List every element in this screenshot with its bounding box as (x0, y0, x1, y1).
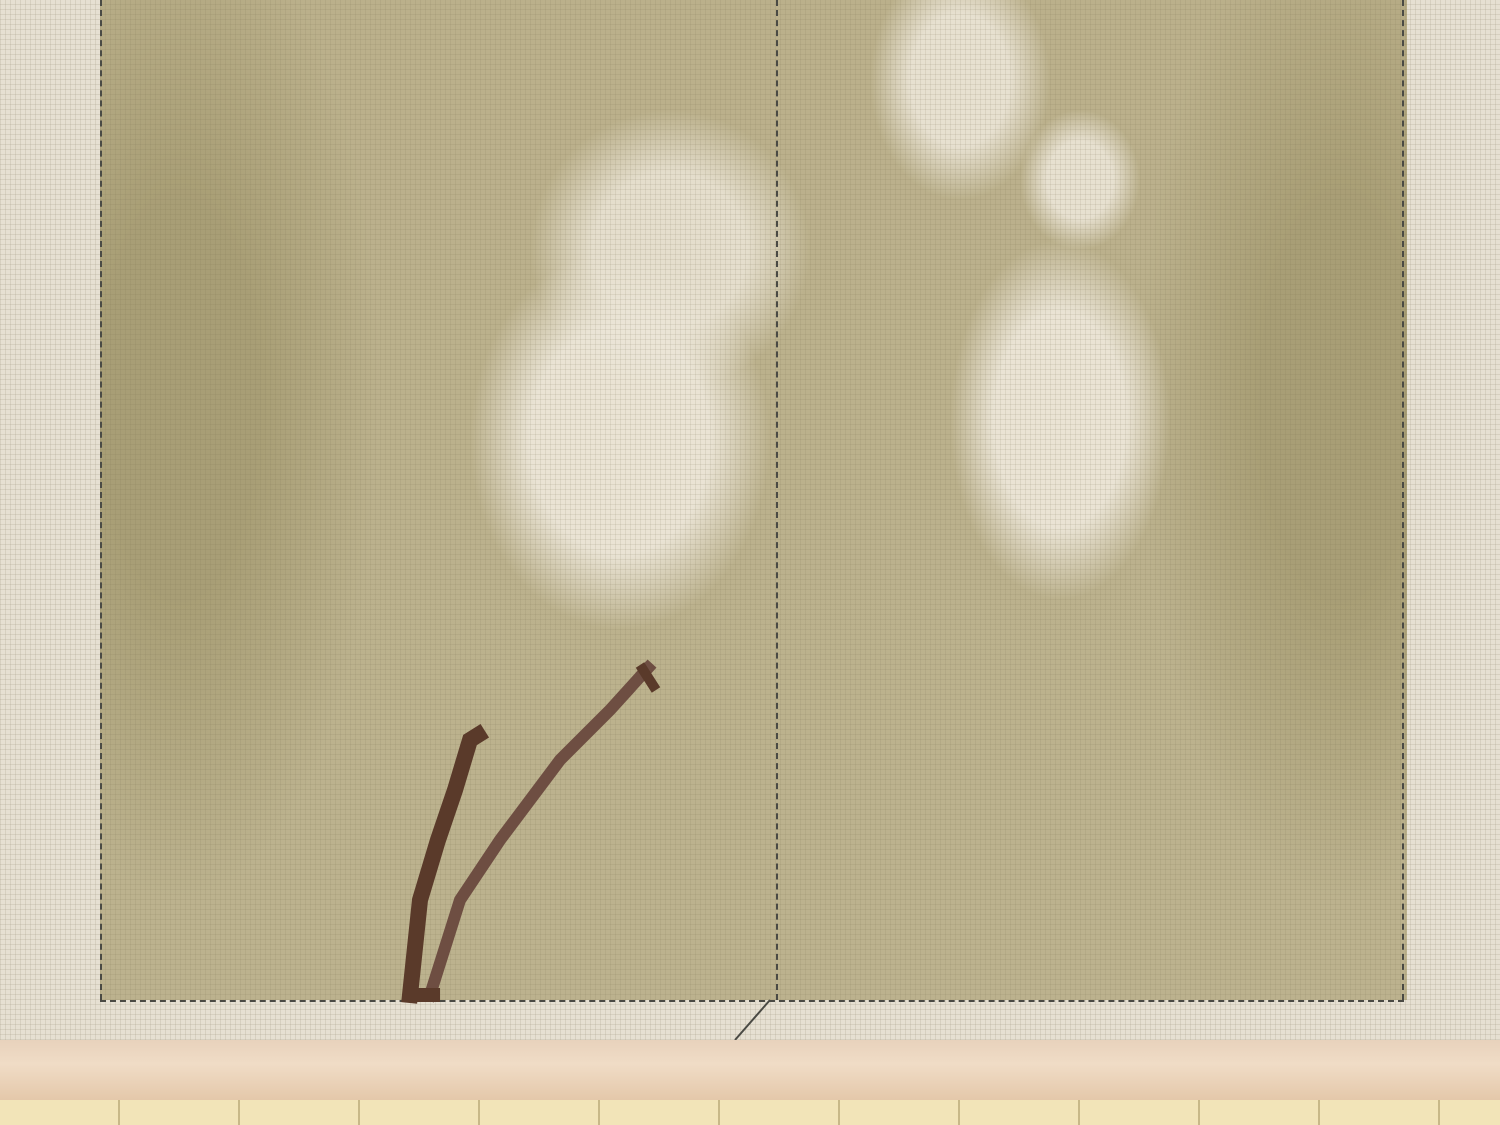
photo-scene (0, 0, 1500, 1125)
tile-surface (0, 1100, 1500, 1125)
wooden-hoop-frame (0, 1040, 1500, 1100)
stitched-branch (0, 0, 1500, 1125)
